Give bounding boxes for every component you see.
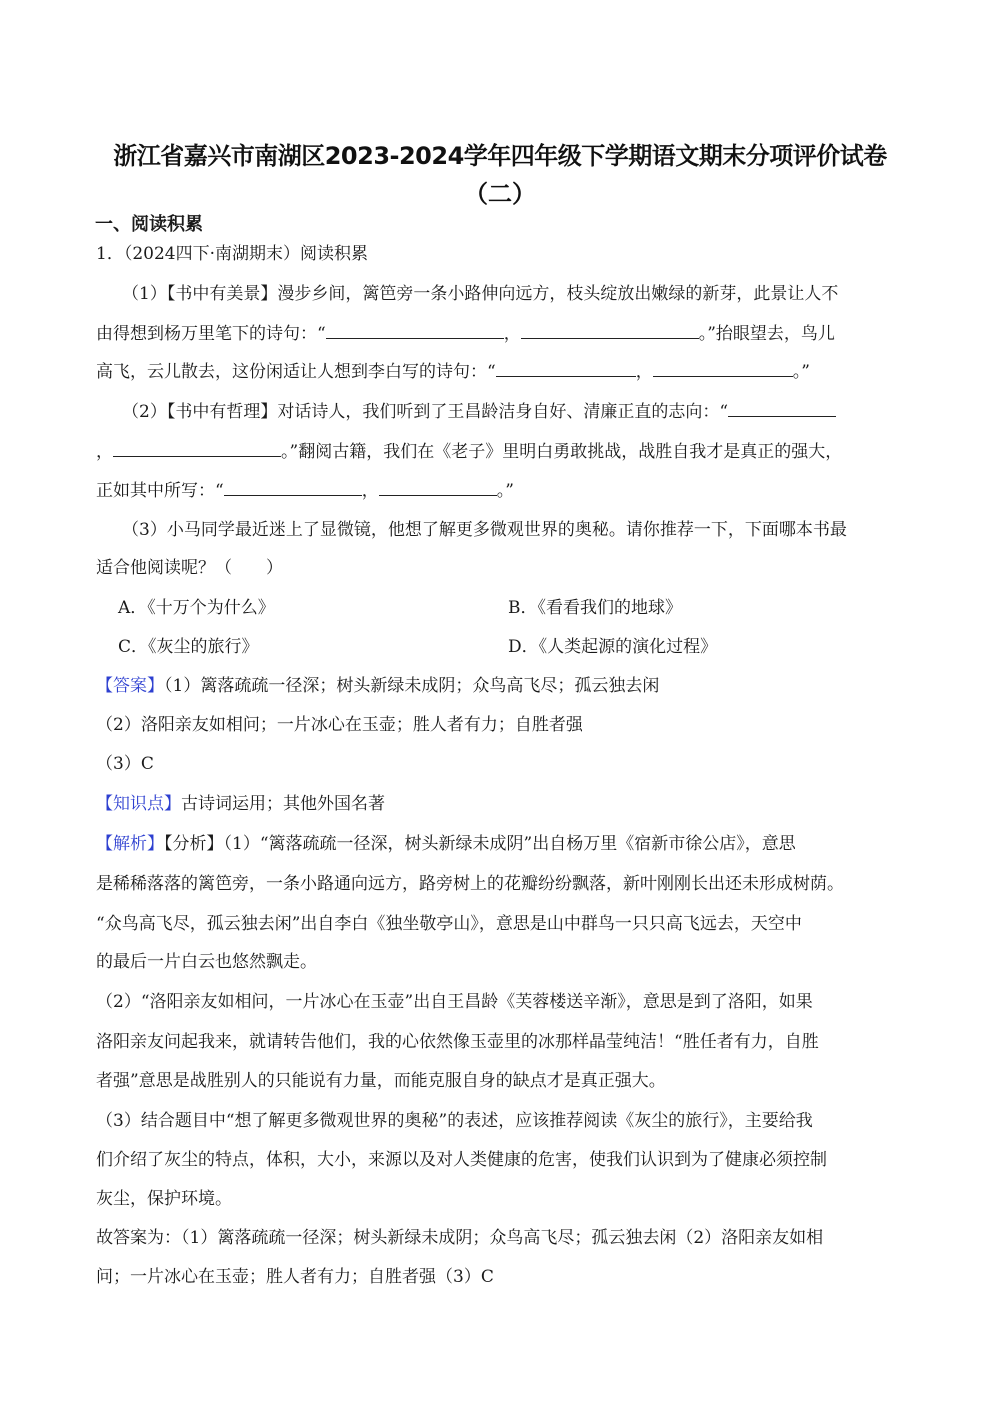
- text: ，: [504, 324, 521, 344]
- text: （1）篱落疏疏一径深；树头新绿未成阴；众鸟高飞尽；孤云独去闲: [164, 676, 659, 696]
- fill-blank[interactable]: [653, 361, 793, 377]
- option-d[interactable]: D．《人类起源的演化过程》: [508, 635, 717, 659]
- text: 由得想到杨万里笔下的诗句：“: [96, 324, 326, 344]
- analysis-line: （2）“洛阳亲友如相问，一片冰心在玉壶”出自王昌龄《芙蓉楼送辛渐》，意思是到了洛…: [96, 990, 813, 1014]
- text: 古诗词运用；其他外国名著: [181, 794, 385, 814]
- text: 。”: [497, 481, 514, 501]
- text: 。”: [793, 362, 810, 382]
- part1-line3: 高飞，云儿散去，这份闲适让人想到李白写的诗句：“，。”: [96, 360, 810, 384]
- fill-blank[interactable]: [521, 323, 699, 339]
- text: ，: [636, 362, 653, 382]
- knowledge-line: 【知识点】古诗词运用；其他外国名著: [96, 792, 385, 816]
- analysis-line: 的最后一片白云也悠然飘走。: [96, 950, 317, 974]
- text: 【分析】（1）“篱落疏疏一径深，树头新绿未成阴”出自杨万里《宿新市徐公店》，意思: [164, 834, 796, 854]
- analysis-tag: 【解析】: [96, 834, 164, 854]
- fill-blank[interactable]: [224, 480, 362, 496]
- analysis-line: 洛阳亲友问起我来，就请转告他们，我的心依然像玉壶里的冰那样晶莹纯洁！“胜任者有力…: [96, 1030, 819, 1054]
- analysis-line: 者强”意思是战胜别人的只能说有力量，而能克服自身的缺点才是真正强大。: [96, 1069, 666, 1093]
- question-number: 1．: [96, 244, 124, 264]
- analysis-line: （3）结合题目中“想了解更多微观世界的奥秘”的表述，应该推荐阅读《灰尘的旅行》，…: [96, 1109, 813, 1133]
- analysis-line: 们介绍了灰尘的特点，体积，大小，来源以及对人类健康的危害，使我们认识到为了健康必…: [96, 1148, 827, 1172]
- fill-blank[interactable]: [326, 323, 504, 339]
- text: 。”翻阅古籍，我们在《老子》里明白勇敢挑战，战胜自我才是真正的强大，: [281, 442, 842, 462]
- text: 正如其中所写：“: [96, 481, 224, 501]
- text: ，: [362, 481, 379, 501]
- analysis-line: 是稀稀落落的篱笆旁，一条小路通向远方，路旁树上的花瓣纷纷飘落，新叶刚刚长出还未形…: [96, 872, 844, 896]
- part3-line2: 适合他阅读呢？（ ）: [96, 556, 283, 580]
- exam-page: 浙江省嘉兴市南湖区2023-2024学年四年级下学期语文期末分项评价试卷 （二）…: [0, 0, 1000, 1414]
- answer-line3: （3）C: [96, 752, 154, 776]
- text: ，: [96, 442, 113, 462]
- answer-line1: 【答案】（1）篱落疏疏一径深；树头新绿未成阴；众鸟高飞尽；孤云独去闲: [96, 674, 659, 698]
- option-b[interactable]: B．《看看我们的地球》: [508, 596, 682, 620]
- document-subtitle: （二）: [90, 174, 910, 209]
- answer-line2: （2）洛阳亲友如相问；一片冰心在玉壶；胜人者有力；自胜者强: [96, 713, 583, 737]
- part1-line1: （1）【书中有美景】漫步乡间，篱笆旁一条小路伸向远方，枝头绽放出嫩绿的新芽，此景…: [122, 282, 838, 306]
- part3-line1: （3）小马同学最近迷上了显微镜，他想了解更多微观世界的奥秘。请你推荐一下，下面哪…: [122, 518, 847, 542]
- question-source: （2024四下·南湖期末）阅读积累: [124, 244, 368, 264]
- analysis-line: 灰尘，保护环境。: [96, 1187, 232, 1211]
- analysis-line: 故答案为：（1）篱落疏疏一径深；树头新绿未成阴；众鸟高飞尽；孤云独去闲（2）洛阳…: [96, 1226, 823, 1250]
- text: 。”抬眼望去，鸟儿: [699, 324, 835, 344]
- section-heading: 一、阅读积累: [95, 210, 203, 236]
- analysis-line: 【解析】【分析】（1）“篱落疏疏一径深，树头新绿未成阴”出自杨万里《宿新市徐公店…: [96, 832, 796, 856]
- text: 高飞，云儿散去，这份闲适让人想到李白写的诗句：“: [96, 362, 496, 382]
- text: （2）【书中有哲理】对话诗人，我们听到了王昌龄洁身自好、清廉正直的志向：“: [122, 402, 728, 422]
- fill-blank[interactable]: [728, 401, 836, 417]
- document-title: 浙江省嘉兴市南湖区2023-2024学年四年级下学期语文期末分项评价试卷: [90, 136, 910, 171]
- fill-blank[interactable]: [496, 361, 636, 377]
- fill-blank[interactable]: [379, 480, 497, 496]
- part1-line2: 由得想到杨万里笔下的诗句：“，。”抬眼望去，鸟儿: [96, 322, 835, 346]
- knowledge-tag: 【知识点】: [96, 794, 181, 814]
- answer-tag: 【答案】: [96, 676, 164, 696]
- part2-line2: ，。”翻阅古籍，我们在《老子》里明白勇敢挑战，战胜自我才是真正的强大，: [96, 440, 842, 464]
- fill-blank[interactable]: [113, 441, 281, 457]
- part2-line3: 正如其中所写：“，。”: [96, 479, 514, 503]
- option-a[interactable]: A．《十万个为什么》: [118, 596, 275, 620]
- analysis-line: “众鸟高飞尽，孤云独去闲”出自李白《独坐敬亭山》，意思是山中群鸟一只只高飞远去，…: [96, 912, 802, 936]
- option-c[interactable]: C．《灰尘的旅行》: [118, 635, 259, 659]
- part2-line1: （2）【书中有哲理】对话诗人，我们听到了王昌龄洁身自好、清廉正直的志向：“: [122, 400, 836, 424]
- question-header: 1．（2024四下·南湖期末）阅读积累: [96, 242, 368, 266]
- analysis-line: 问；一片冰心在玉壶；胜人者有力；自胜者强（3）C: [96, 1265, 494, 1289]
